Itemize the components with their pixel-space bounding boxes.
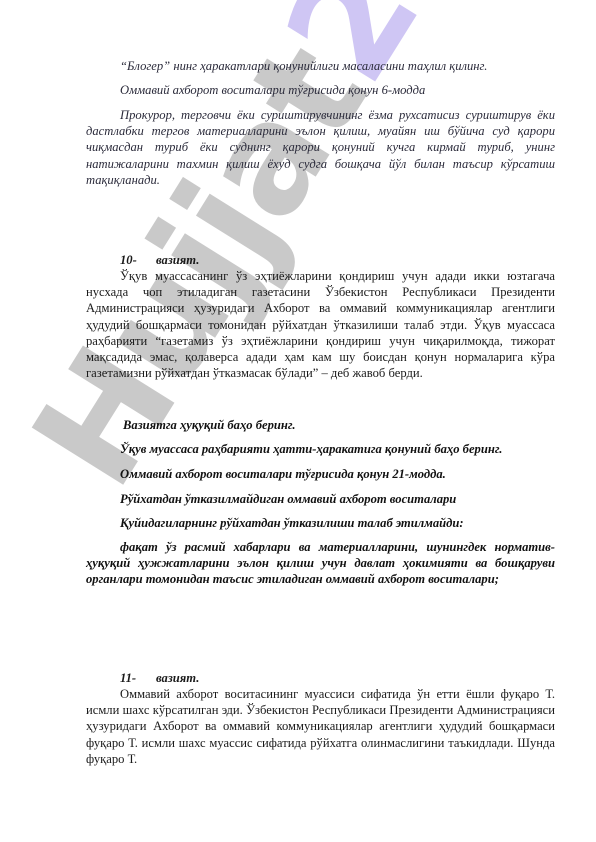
law-article-21-subheading: Қуйидагиларнинг рўйхатдан ўтказилиши тал… [86,515,555,531]
case-10-title: вазият. [156,253,199,267]
task-blogger-legality: “Блогер” нинг ҳаракатлари қонунийлиги ма… [86,58,555,74]
case-10-task-management-assessment: Ўқув муассаса раҳбарияти ҳатти-ҳаракатиг… [86,441,555,457]
case-10-body: Ўқув муассасанинг ўз эҳтиёжларини қондир… [86,268,555,381]
case-11-body: Оммавий ахборот воситасининг муассиси си… [86,686,555,767]
document-page: Hujjat24 “Блогер” нинг ҳаракатлари қонун… [0,0,596,842]
case-11-number: 11- [120,670,156,686]
case-10-heading: 10-вазият. [86,252,589,268]
law-reference-article-6: Оммавий ахборот воситалари тўғрисида қон… [86,82,555,98]
case-11-heading: 11-вазият. [86,670,589,686]
case-10-number: 10- [120,252,156,268]
law-text-article-6: Прокурор, терговчи ёки суриштирувчининг … [86,107,555,188]
case-11-title: вазият. [156,671,199,685]
case-10-task-legal-assessment: Вазиятга ҳуқуқий баҳо беринг. [86,417,592,433]
law-article-21-text: фақат ўз расмий хабарлари ва материаллар… [86,539,555,588]
law-reference-article-21: Оммавий ахборот воситалари тўғрисида қон… [86,466,555,482]
law-article-21-heading: Рўйхатдан ўтказилмайдиган оммавий ахборо… [86,491,555,507]
